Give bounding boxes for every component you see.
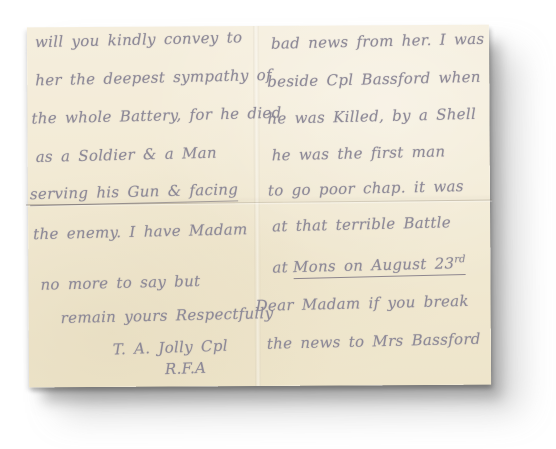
handwriting-line: bad news from her. I was (271, 30, 485, 54)
handwriting-line: Dear Madam if you break (255, 292, 469, 316)
handwriting-line: as a Soldier & a Man (35, 144, 217, 167)
regiment-line: R.F.A (165, 359, 207, 379)
handwriting-line: no more to say but (40, 272, 200, 295)
date-ordinal-suffix: rd (454, 254, 465, 265)
handwriting-line: the news to Mrs Bassford (267, 330, 481, 354)
date-line: atMons on August 23rd (272, 250, 466, 280)
handwriting-line: the whole Battery, for he died (31, 104, 281, 129)
date-underlined: Mons on August 23rd (293, 250, 466, 279)
letter-photo: will you kindly convey to her the deepes… (0, 0, 556, 449)
letter-scan: will you kindly convey to her the deepes… (27, 25, 491, 388)
handwriting-line: her the deepest sympathy of (35, 66, 272, 91)
handwriting-line: to go poor chap. it was (268, 177, 464, 201)
handwriting-line: will you kindly convey to (35, 28, 243, 52)
handwriting-line: he was Killed, by a Shell (267, 105, 476, 129)
handwriting-line: beside Cpl Bassford when (267, 68, 481, 92)
handwriting-line: the enemy. I have Madam (33, 220, 248, 244)
handwriting-line: at that terrible Battle (272, 213, 451, 236)
handwriting-line: he was the first man (271, 142, 445, 165)
date-line-prefix: at (272, 258, 288, 276)
signature-line: T. A. Jolly Cpl (113, 337, 229, 360)
closing-line: remain yours Respectfully (60, 304, 273, 328)
date-place-text: Mons on August 23 (293, 254, 455, 276)
